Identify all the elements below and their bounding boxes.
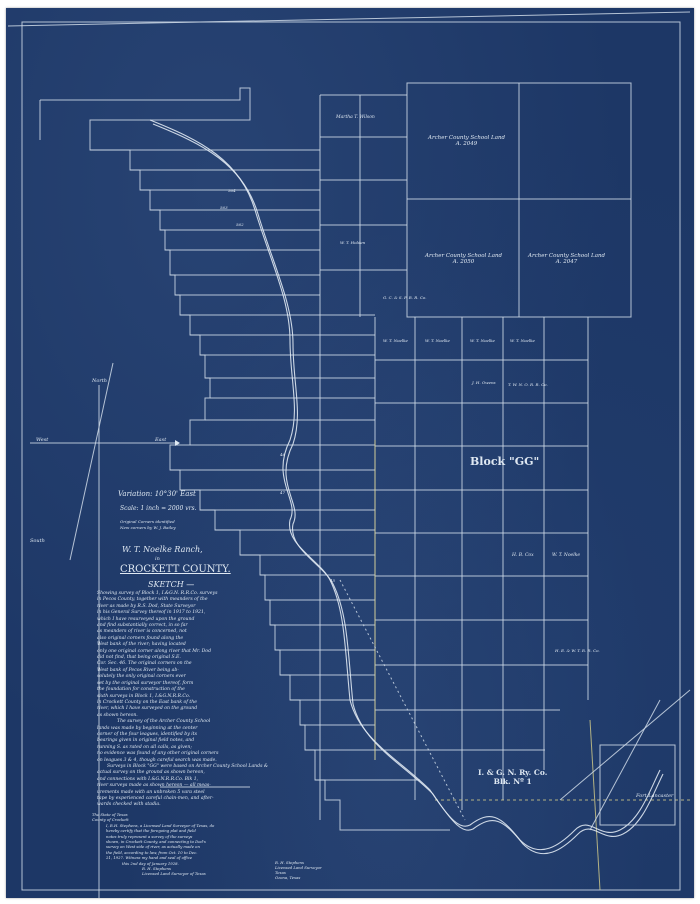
text-layer: Variation: 10°30' East Scale: 1 inch = 2… (0, 0, 700, 904)
ranch-title: W. T. Noelke Ranch, (122, 545, 203, 554)
school-land-label-a2050: Archer County School Land A. 2050 (425, 253, 502, 265)
survey-label: W. T. Noelke (383, 338, 408, 343)
block-1-label: I. & G. N. Ry. Co. Blk. Nº 1 (478, 768, 547, 786)
ranch-in: in (155, 556, 160, 562)
survey-label: W. T. Noelke (425, 338, 450, 343)
variation-note: Variation: 10°30' East (118, 490, 196, 498)
school-land-label-a2049: Archer County School Land A. 2049 (428, 135, 505, 147)
compass-west: West (36, 437, 48, 443)
block-gg-label: Block "GG" (470, 455, 539, 468)
blueprint-sheet: Variation: 10°30' East Scale: 1 inch = 2… (6, 8, 694, 898)
sketch-description: Showing survey of Block 1, I.&G.N. R.R.C… (97, 591, 337, 809)
section-number: 562 (236, 222, 244, 227)
fort-lancaster-label: Fort Lancaster (636, 793, 673, 799)
sketch-title: SKETCH — (148, 580, 194, 589)
section-number: 46 (280, 452, 285, 457)
survey-label: W. T. Holden (340, 240, 365, 245)
section-number: 47 (280, 490, 285, 495)
survey-label: W. T. Noelke (552, 553, 580, 558)
survey-label: G. C. & S. F. R. R. Co. (383, 295, 427, 300)
compass-south: South (30, 538, 45, 544)
survey-label: H. B. Cox (512, 553, 534, 558)
survey-label: W. T. Noelke (470, 338, 495, 343)
county-title: CROCKETT COUNTY. (120, 564, 231, 575)
section-number: 45 (330, 578, 335, 583)
legend-new: New corners by W. J. Bailey (120, 525, 176, 530)
compass-north: North (92, 378, 107, 384)
survey-label: T. W. N. O. R. R. Co. (508, 382, 548, 387)
section-number: 563 (220, 205, 228, 210)
survey-label: H. E. & W. T. R. R. Co. (555, 648, 600, 653)
section-number: 564 (228, 188, 236, 193)
survey-label: W. T. Noelke (510, 338, 535, 343)
legend-original: Original Corners identified (120, 519, 175, 524)
signature-block: R. H. Stephens Licensed Land Surveyor Te… (275, 860, 322, 880)
compass-east: East (155, 437, 166, 443)
martha-wilson-label: Martha T. Wilson (336, 115, 375, 120)
survey-label: J. H. Owens (472, 380, 496, 385)
scale-note: Scale: 1 inch = 2000 vrs. (120, 505, 196, 512)
school-land-label-a2047: Archer County School Land A. 2047 (528, 253, 605, 265)
